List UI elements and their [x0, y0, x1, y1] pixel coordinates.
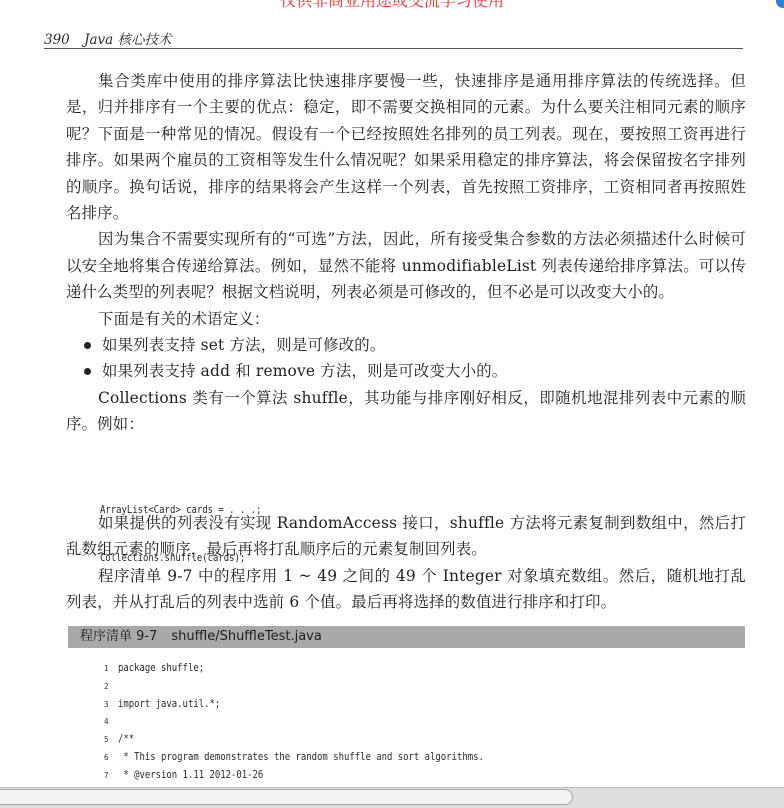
listing-line: 4 [104, 713, 543, 731]
after-code-section: 如果提供的列表没有实现 RandomAccess 接口，shuffle 方法将元… [66, 510, 746, 616]
line-number: 2 [104, 678, 118, 696]
paragraph-listing-intro: 程序清单 9-7 中的程序用 1 ~ 49 之间的 49 个 Integer 对… [66, 563, 746, 616]
line-number: 3 [104, 696, 118, 714]
running-head: 390 Java 核心技术 [44, 31, 743, 49]
page-number: 390 [44, 32, 70, 48]
scrollbar-thumb[interactable] [0, 789, 573, 805]
paragraph-shuffle: Collections 类有一个算法 shuffle，其功能与排序刚好相反，即随… [66, 385, 746, 438]
listing-line: 2 [104, 678, 543, 696]
code-listing: 1package shuffle; 2 3import java.util.*;… [104, 660, 543, 802]
listing-line: 3import java.util.*; [104, 696, 543, 714]
listing-line: 6 * This program demonstrates the random… [104, 749, 543, 767]
paragraph-random-access: 如果提供的列表没有实现 RandomAccess 接口，shuffle 方法将元… [66, 510, 746, 563]
listing-line: 1package shuffle; [104, 660, 543, 678]
listing-header: 程序清单 9-7shuffle/ShuffleTest.java [68, 626, 745, 648]
bullet-modifiable: 如果列表支持 set 方法，则是可修改的。 [66, 332, 746, 358]
header-rule [44, 48, 743, 49]
line-number: 5 [104, 731, 118, 749]
intro-section: 集合类库中使用的排序算法比快速排序要慢一些，快速排序是通用排序算法的传统选择。但… [66, 68, 746, 438]
line-code: import java.util.*; [118, 696, 220, 714]
line-code: * @version 1.11 2012-01-26 [118, 767, 263, 785]
paragraph-optional-methods: 因为集合不需要实现所有的“可选”方法，因此，所有接受集合参数的方法必须描述什么时… [66, 226, 746, 305]
line-code: package shuffle; [118, 660, 204, 678]
listing-line: 7 * @version 1.11 2012-01-26 [104, 767, 543, 785]
line-code: /** [118, 731, 134, 749]
paragraph-merge-sort: 集合类库中使用的排序算法比快速排序要慢一些，快速排序是通用排序算法的传统选择。但… [66, 68, 746, 226]
line-number: 6 [104, 749, 118, 767]
listing-label: 程序清单 9-7 [80, 629, 157, 644]
paragraph-terms-intro: 下面是有关的术语定义： [66, 306, 746, 332]
line-number: 7 [104, 767, 118, 785]
listing-file: shuffle/ShuffleTest.java [171, 629, 321, 644]
bullet-resizable: 如果列表支持 add 和 remove 方法，则是可改变大小的。 [66, 358, 746, 384]
horizontal-scrollbar[interactable] [0, 787, 784, 808]
line-number: 4 [104, 713, 118, 731]
bullet-dot-icon [84, 342, 91, 349]
book-title: Java 核心技术 [84, 32, 171, 48]
watermark-text: 仅供非商业用途或交流学习使用 [0, 0, 784, 9]
line-number: 1 [104, 660, 118, 678]
line-code: * This program demonstrates the random s… [118, 749, 484, 767]
listing-line: 5/** [104, 731, 543, 749]
